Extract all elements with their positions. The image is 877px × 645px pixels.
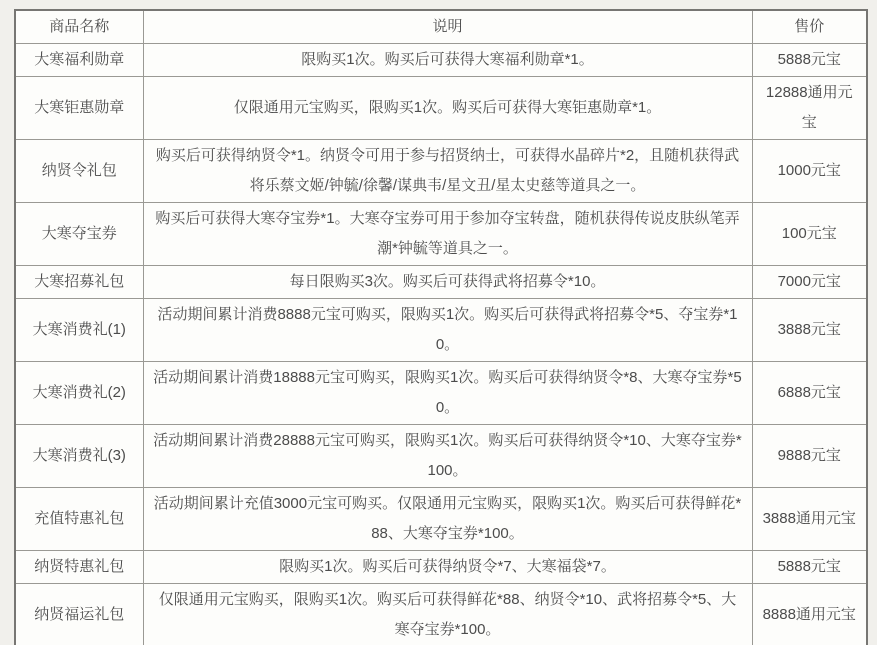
table-row: 大寒钜惠勋章 仅限通用元宝购买，限购买1次。购买后可获得大寒钜惠勋章*1。 12… (15, 77, 867, 140)
product-name-cell: 大寒招募礼包 (15, 266, 143, 299)
table-row: 大寒招募礼包 每日限购买3次。购买后可获得武将招募令*10。 7000元宝 (15, 266, 867, 299)
product-desc-cell: 活动期间累计消费28888元宝可购买，限购买1次。购买后可获得纳贤令*10、大寒… (143, 425, 752, 488)
product-name-cell: 大寒福利勋章 (15, 44, 143, 77)
product-name-cell: 大寒钜惠勋章 (15, 77, 143, 140)
product-desc-cell: 仅限通用元宝购买，限购买1次。购买后可获得鲜花*88、纳贤令*10、武将招募令*… (143, 584, 752, 645)
product-desc-cell: 活动期间累计消费18888元宝可购买，限购买1次。购买后可获得纳贤令*8、大寒夺… (143, 362, 752, 425)
product-desc-cell: 限购买1次。购买后可获得大寒福利勋章*1。 (143, 44, 752, 77)
product-price-cell: 5888元宝 (752, 44, 867, 77)
product-price-cell: 12888通用元宝 (752, 77, 867, 140)
page: 商品名称 说明 售价 大寒福利勋章 限购买1次。购买后可获得大寒福利勋章*1。 … (0, 0, 877, 645)
product-price-cell: 6888元宝 (752, 362, 867, 425)
product-price-cell: 7000元宝 (752, 266, 867, 299)
product-price-cell: 100元宝 (752, 203, 867, 266)
product-desc-cell: 购买后可获得大寒夺宝券*1。大寒夺宝券可用于参加夺宝转盘，随机获得传说皮肤纵笔弄… (143, 203, 752, 266)
product-price-cell: 3888通用元宝 (752, 488, 867, 551)
product-name-cell: 充值特惠礼包 (15, 488, 143, 551)
product-desc-cell: 购买后可获得纳贤令*1。纳贤令可用于参与招贤纳士，可获得水晶碎片*2，且随机获得… (143, 140, 752, 203)
col-header-product-name: 商品名称 (15, 10, 143, 44)
header-row: 商品名称 说明 售价 (15, 10, 867, 44)
product-name-cell: 纳贤令礼包 (15, 140, 143, 203)
product-price-cell: 1000元宝 (752, 140, 867, 203)
product-name-cell: 大寒消费礼(1) (15, 299, 143, 362)
table-row: 大寒消费礼(3) 活动期间累计消费28888元宝可购买，限购买1次。购买后可获得… (15, 425, 867, 488)
table-row: 纳贤令礼包 购买后可获得纳贤令*1。纳贤令可用于参与招贤纳士，可获得水晶碎片*2… (15, 140, 867, 203)
product-price-cell: 3888元宝 (752, 299, 867, 362)
table-row: 充值特惠礼包 活动期间累计充值3000元宝可购买。仅限通用元宝购买，限购买1次。… (15, 488, 867, 551)
col-header-price: 售价 (752, 10, 867, 44)
product-table: 商品名称 说明 售价 大寒福利勋章 限购买1次。购买后可获得大寒福利勋章*1。 … (14, 9, 868, 645)
product-desc-cell: 限购买1次。购买后可获得纳贤令*7、大寒福袋*7。 (143, 551, 752, 584)
product-desc-cell: 仅限通用元宝购买，限购买1次。购买后可获得大寒钜惠勋章*1。 (143, 77, 752, 140)
product-name-cell: 纳贤福运礼包 (15, 584, 143, 645)
table-row: 大寒福利勋章 限购买1次。购买后可获得大寒福利勋章*1。 5888元宝 (15, 44, 867, 77)
table-row: 大寒夺宝券 购买后可获得大寒夺宝券*1。大寒夺宝券可用于参加夺宝转盘，随机获得传… (15, 203, 867, 266)
product-price-cell: 9888元宝 (752, 425, 867, 488)
product-price-cell: 8888通用元宝 (752, 584, 867, 645)
table-row: 大寒消费礼(2) 活动期间累计消费18888元宝可购买，限购买1次。购买后可获得… (15, 362, 867, 425)
product-desc-cell: 活动期间累计消费8888元宝可购买，限购买1次。购买后可获得武将招募令*5、夺宝… (143, 299, 752, 362)
product-desc-cell: 活动期间累计充值3000元宝可购买。仅限通用元宝购买，限购买1次。购买后可获得鲜… (143, 488, 752, 551)
col-header-description: 说明 (143, 10, 752, 44)
product-name-cell: 大寒夺宝券 (15, 203, 143, 266)
product-desc-cell: 每日限购买3次。购买后可获得武将招募令*10。 (143, 266, 752, 299)
table-row: 大寒消费礼(1) 活动期间累计消费8888元宝可购买，限购买1次。购买后可获得武… (15, 299, 867, 362)
table-row: 纳贤福运礼包 仅限通用元宝购买，限购买1次。购买后可获得鲜花*88、纳贤令*10… (15, 584, 867, 645)
product-name-cell: 纳贤特惠礼包 (15, 551, 143, 584)
product-name-cell: 大寒消费礼(3) (15, 425, 143, 488)
product-price-cell: 5888元宝 (752, 551, 867, 584)
product-name-cell: 大寒消费礼(2) (15, 362, 143, 425)
table-row: 纳贤特惠礼包 限购买1次。购买后可获得纳贤令*7、大寒福袋*7。 5888元宝 (15, 551, 867, 584)
